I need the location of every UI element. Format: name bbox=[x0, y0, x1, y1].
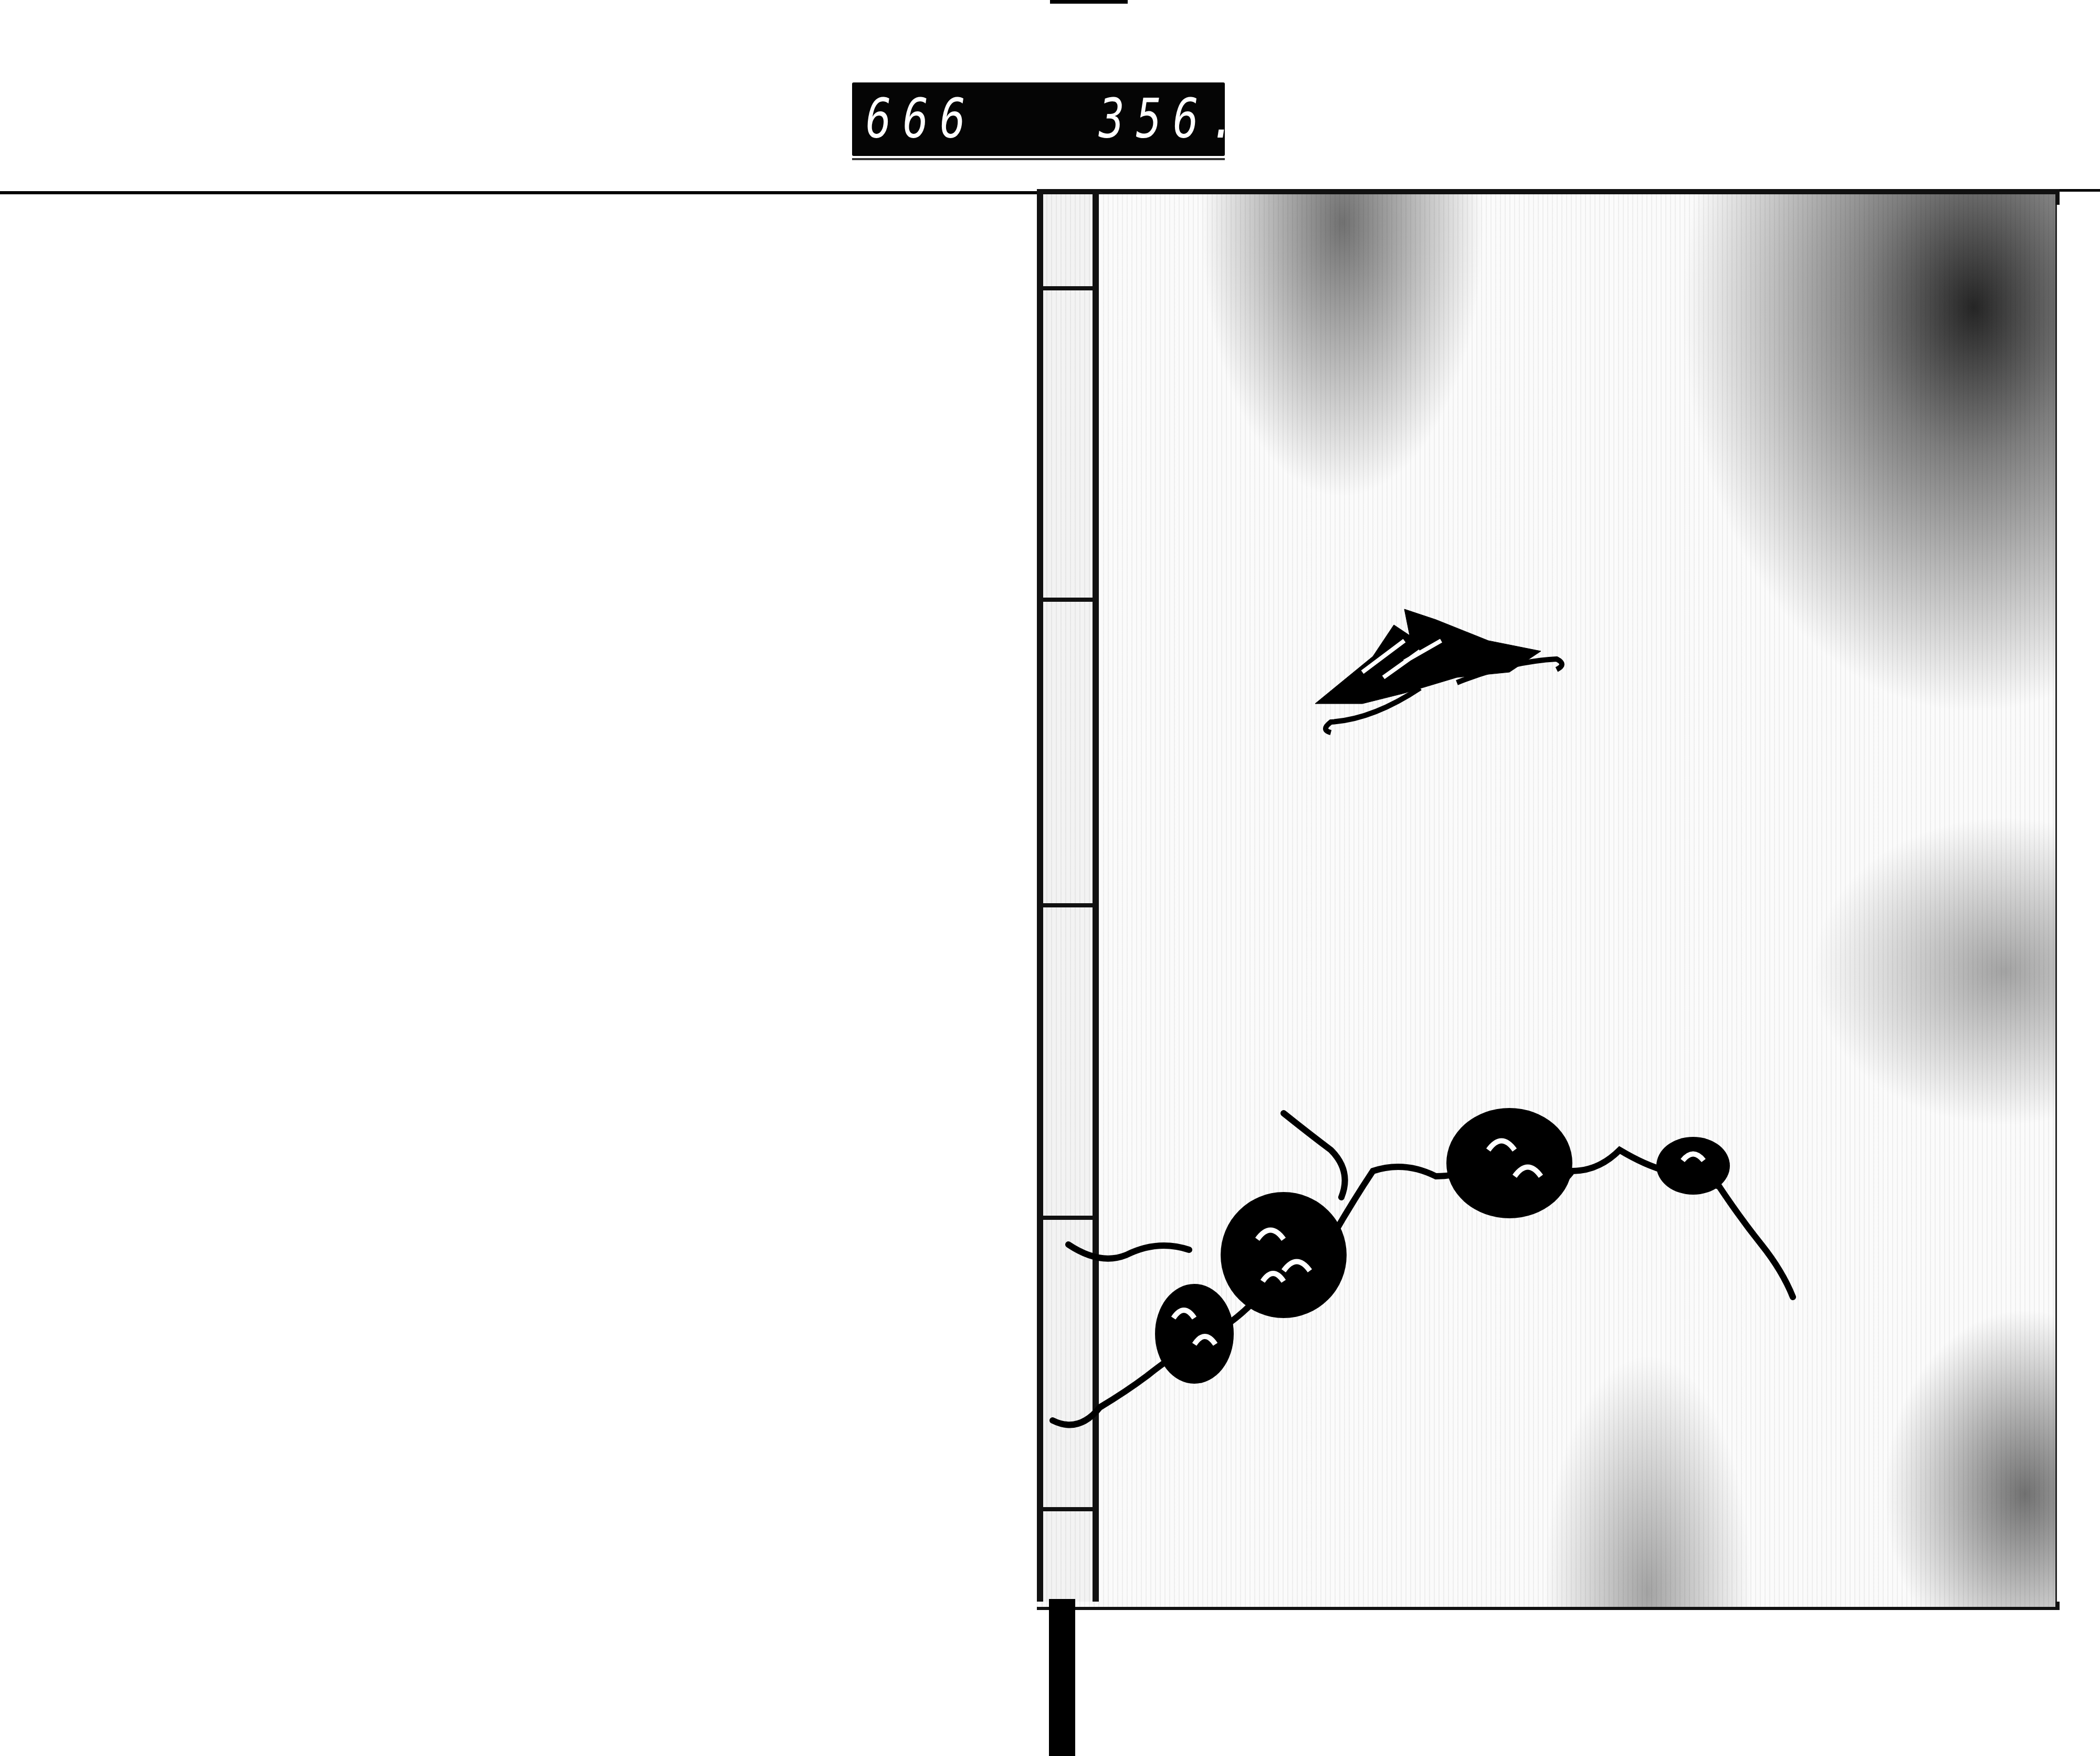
book-cover bbox=[1037, 189, 2055, 1602]
frame-divider-line bbox=[0, 191, 1045, 194]
film-edge-mark bbox=[1050, 0, 1128, 4]
spine-shadow bbox=[1049, 1599, 1075, 1756]
flower-icon bbox=[1155, 1108, 1730, 1384]
butterfly-icon bbox=[1315, 609, 1562, 733]
cover-ornaments bbox=[1037, 189, 2055, 1602]
label-underline bbox=[852, 158, 1225, 160]
frame-number: 356. bbox=[1099, 90, 1247, 148]
reel-number: 666 bbox=[866, 90, 977, 148]
adjacent-page-edge bbox=[2055, 205, 2100, 1602]
frame-counter-label: 666 356. bbox=[852, 82, 1225, 156]
